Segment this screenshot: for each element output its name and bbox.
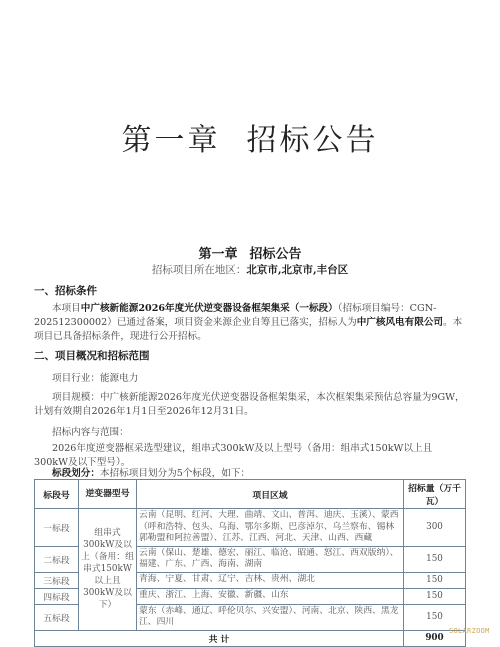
text: 本项目: [52, 303, 81, 314]
area-cell: 云南（昆明、红河、大理、曲靖、文山、普洱、迪庆、玉溪）、蒙西（呼和浩特、包头、乌…: [137, 509, 404, 547]
project-industry: 项目行业：能源电力: [52, 370, 138, 384]
lot-cell: 三标段: [35, 572, 79, 588]
header-inverter-type: 逆变器型号: [79, 480, 137, 509]
lot-cell: 四标段: [35, 588, 79, 604]
lots-intro: 标段划分：本招标项目划分为5个标段，如下：: [52, 465, 250, 479]
header-lot: 标段号: [35, 480, 79, 509]
page-title-text: 招标公告: [250, 247, 302, 262]
area-cell: 重庆、浙江、上海、安徽、新疆、山东: [137, 588, 404, 604]
lot-cell: 五标段: [35, 604, 79, 630]
section-heading-overview: 二、项目概况和招标范围: [34, 348, 150, 363]
bid-lots-table: 标段号 逆变器型号 项目区域 招标量（万千瓦） 一标段 组串式300kW及以上（…: [34, 479, 466, 647]
page-chapter: 第一章: [198, 247, 237, 262]
lot-cell: 二标段: [35, 546, 79, 572]
project-region: 招标项目所在地区：北京市,北京市,丰台区: [0, 262, 500, 277]
table-row: 一标段 组串式300kW及以上（备用：组串式150kW以上且300kW及以下） …: [35, 509, 466, 547]
quantity-cell: 150: [404, 588, 466, 604]
project-scale: 项目规模：中广核新能源2026年度光伏逆变器设备框架集采，本次框架集采预估总容量…: [34, 391, 466, 419]
area-cell: 云南（保山、楚雄、德宏、丽江、临沧、昭通、怒江、西双版纳）、福建、广东、广西、海…: [137, 546, 404, 572]
region-label: 招标项目所在地区：: [152, 264, 247, 276]
cover-title: 第一章招标公告: [0, 115, 500, 159]
project-name: 中广核新能源2026年度光伏逆变器设备框架集采（一标段）: [81, 303, 338, 314]
lots-label: 标段划分：: [52, 468, 100, 479]
lot-cell: 一标段: [35, 509, 79, 547]
section-heading-conditions: 一、招标条件: [34, 283, 97, 298]
total-row: 共 计 900: [35, 630, 466, 646]
area-cell: 青海、宁夏、甘肃、辽宁、吉林、贵州、湖北: [137, 572, 404, 588]
region-value: 北京市,北京市,丰台区: [246, 264, 348, 276]
conditions-paragraph: 本项目中广核新能源2026年度光伏逆变器设备框架集采（一标段）（招标项目编号：C…: [34, 302, 466, 344]
cover-chapter: 第一章: [122, 123, 221, 158]
table-header-row: 标段号 逆变器型号 项目区域 招标量（万千瓦）: [35, 480, 466, 509]
cover-title-text: 招标公告: [247, 123, 379, 158]
quantity-cell: 150: [404, 572, 466, 588]
quantity-cell: 150: [404, 546, 466, 572]
total-label: 共 计: [35, 630, 404, 646]
inverter-type-cell: 组串式300kW及以上（备用：组串式150kW以上且300kW及以下）: [79, 509, 137, 631]
scope-label: 招标内容与范围：: [52, 424, 129, 438]
tenderer-name: 中广核风电有限公司: [357, 317, 443, 328]
area-cell: 蒙东（赤峰、通辽、呼伦贝尔、兴安盟）、河南、北京、陕西、黑龙江、四川: [137, 604, 404, 630]
header-area: 项目区域: [137, 480, 404, 509]
page-title: 第一章招标公告: [0, 243, 500, 262]
watermark: SOLARZOOM: [449, 627, 490, 635]
header-quantity: 招标量（万千瓦）: [404, 480, 466, 509]
quantity-cell: 300: [404, 509, 466, 547]
lots-text: 本招标项目划分为5个标段，如下：: [100, 468, 250, 479]
